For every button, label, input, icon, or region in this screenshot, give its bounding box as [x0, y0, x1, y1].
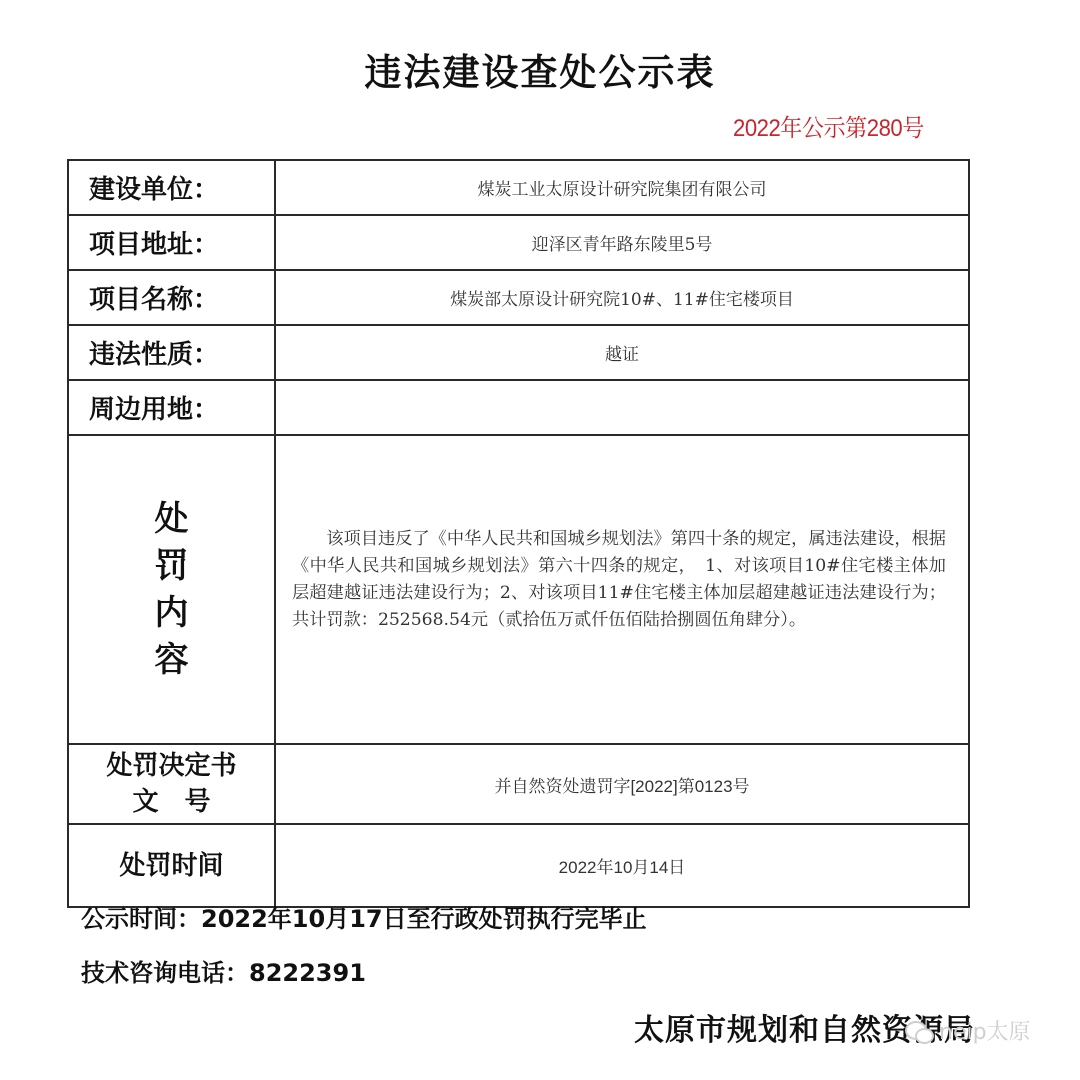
value-violation-type: 越证: [275, 325, 969, 380]
page-title: 违法建设查处公示表: [0, 42, 1080, 96]
table-row-project-name: 项目名称： 煤炭部太原设计研究院10#、11#住宅楼项目: [68, 270, 969, 325]
table-row-surrounding-land: 周边用地：: [68, 380, 969, 435]
value-project-name: 煤炭部太原设计研究院10#、11#住宅楼项目: [275, 270, 969, 325]
label-char: 罚: [69, 543, 274, 590]
label-line: 文 号: [69, 784, 274, 820]
value-penalty-content: 该项目违反了《中华人民共和国城乡规划法》第四十条的规定，属违法建设，根据《中华人…: [275, 435, 969, 744]
label-address: 项目地址：: [68, 215, 275, 270]
table-row-penalty-content: 处 罚 内 容 该项目违反了《中华人民共和国城乡规划法》第四十条的规定，属违法建…: [68, 435, 969, 744]
watermark-text: neip太原: [939, 1015, 1031, 1046]
label-penalty-time: 处罚时间: [68, 824, 275, 907]
penalty-content-text: 该项目违反了《中华人民共和国城乡规划法》第四十条的规定，属违法建设，根据《中华人…: [292, 526, 946, 634]
publicity-period: 公示时间：2022年10月17日至行政处罚执行完毕止: [81, 899, 647, 934]
label-char: 内: [69, 590, 274, 637]
label-violation-type: 违法性质：: [68, 325, 275, 380]
table-row-builder: 建设单位： 煤炭工业太原设计研究院集团有限公司: [68, 160, 969, 215]
notice-number: 2022年公示第280号: [733, 108, 924, 143]
label-line: 处罚决定书: [69, 748, 274, 784]
value-builder: 煤炭工业太原设计研究院集团有限公司: [275, 160, 969, 215]
label-decision-number: 处罚决定书 文 号: [68, 744, 275, 824]
table-row-violation-type: 违法性质： 越证: [68, 325, 969, 380]
table-row-penalty-time: 处罚时间 2022年10月14日: [68, 824, 969, 907]
label-builder: 建设单位：: [68, 160, 275, 215]
label-penalty-content: 处 罚 内 容: [68, 435, 275, 744]
watermark: neip太原: [905, 1015, 1031, 1046]
table-row-decision-number: 处罚决定书 文 号 并自然资处遗罚字[2022]第0123号: [68, 744, 969, 824]
label-char: 处: [69, 496, 274, 543]
value-surrounding-land: [275, 380, 969, 435]
violation-table: 建设单位： 煤炭工业太原设计研究院集团有限公司 项目地址： 迎泽区青年路东陵里5…: [67, 159, 970, 908]
table-row-address: 项目地址： 迎泽区青年路东陵里5号: [68, 215, 969, 270]
consult-phone: 技术咨询电话：8222391: [81, 953, 366, 988]
label-surrounding-land: 周边用地：: [68, 380, 275, 435]
wechat-icon: [905, 1019, 935, 1043]
label-project-name: 项目名称：: [68, 270, 275, 325]
label-char: 容: [69, 637, 274, 684]
value-penalty-time: 2022年10月14日: [275, 824, 969, 907]
value-address: 迎泽区青年路东陵里5号: [275, 215, 969, 270]
value-decision-number: 并自然资处遗罚字[2022]第0123号: [275, 744, 969, 824]
